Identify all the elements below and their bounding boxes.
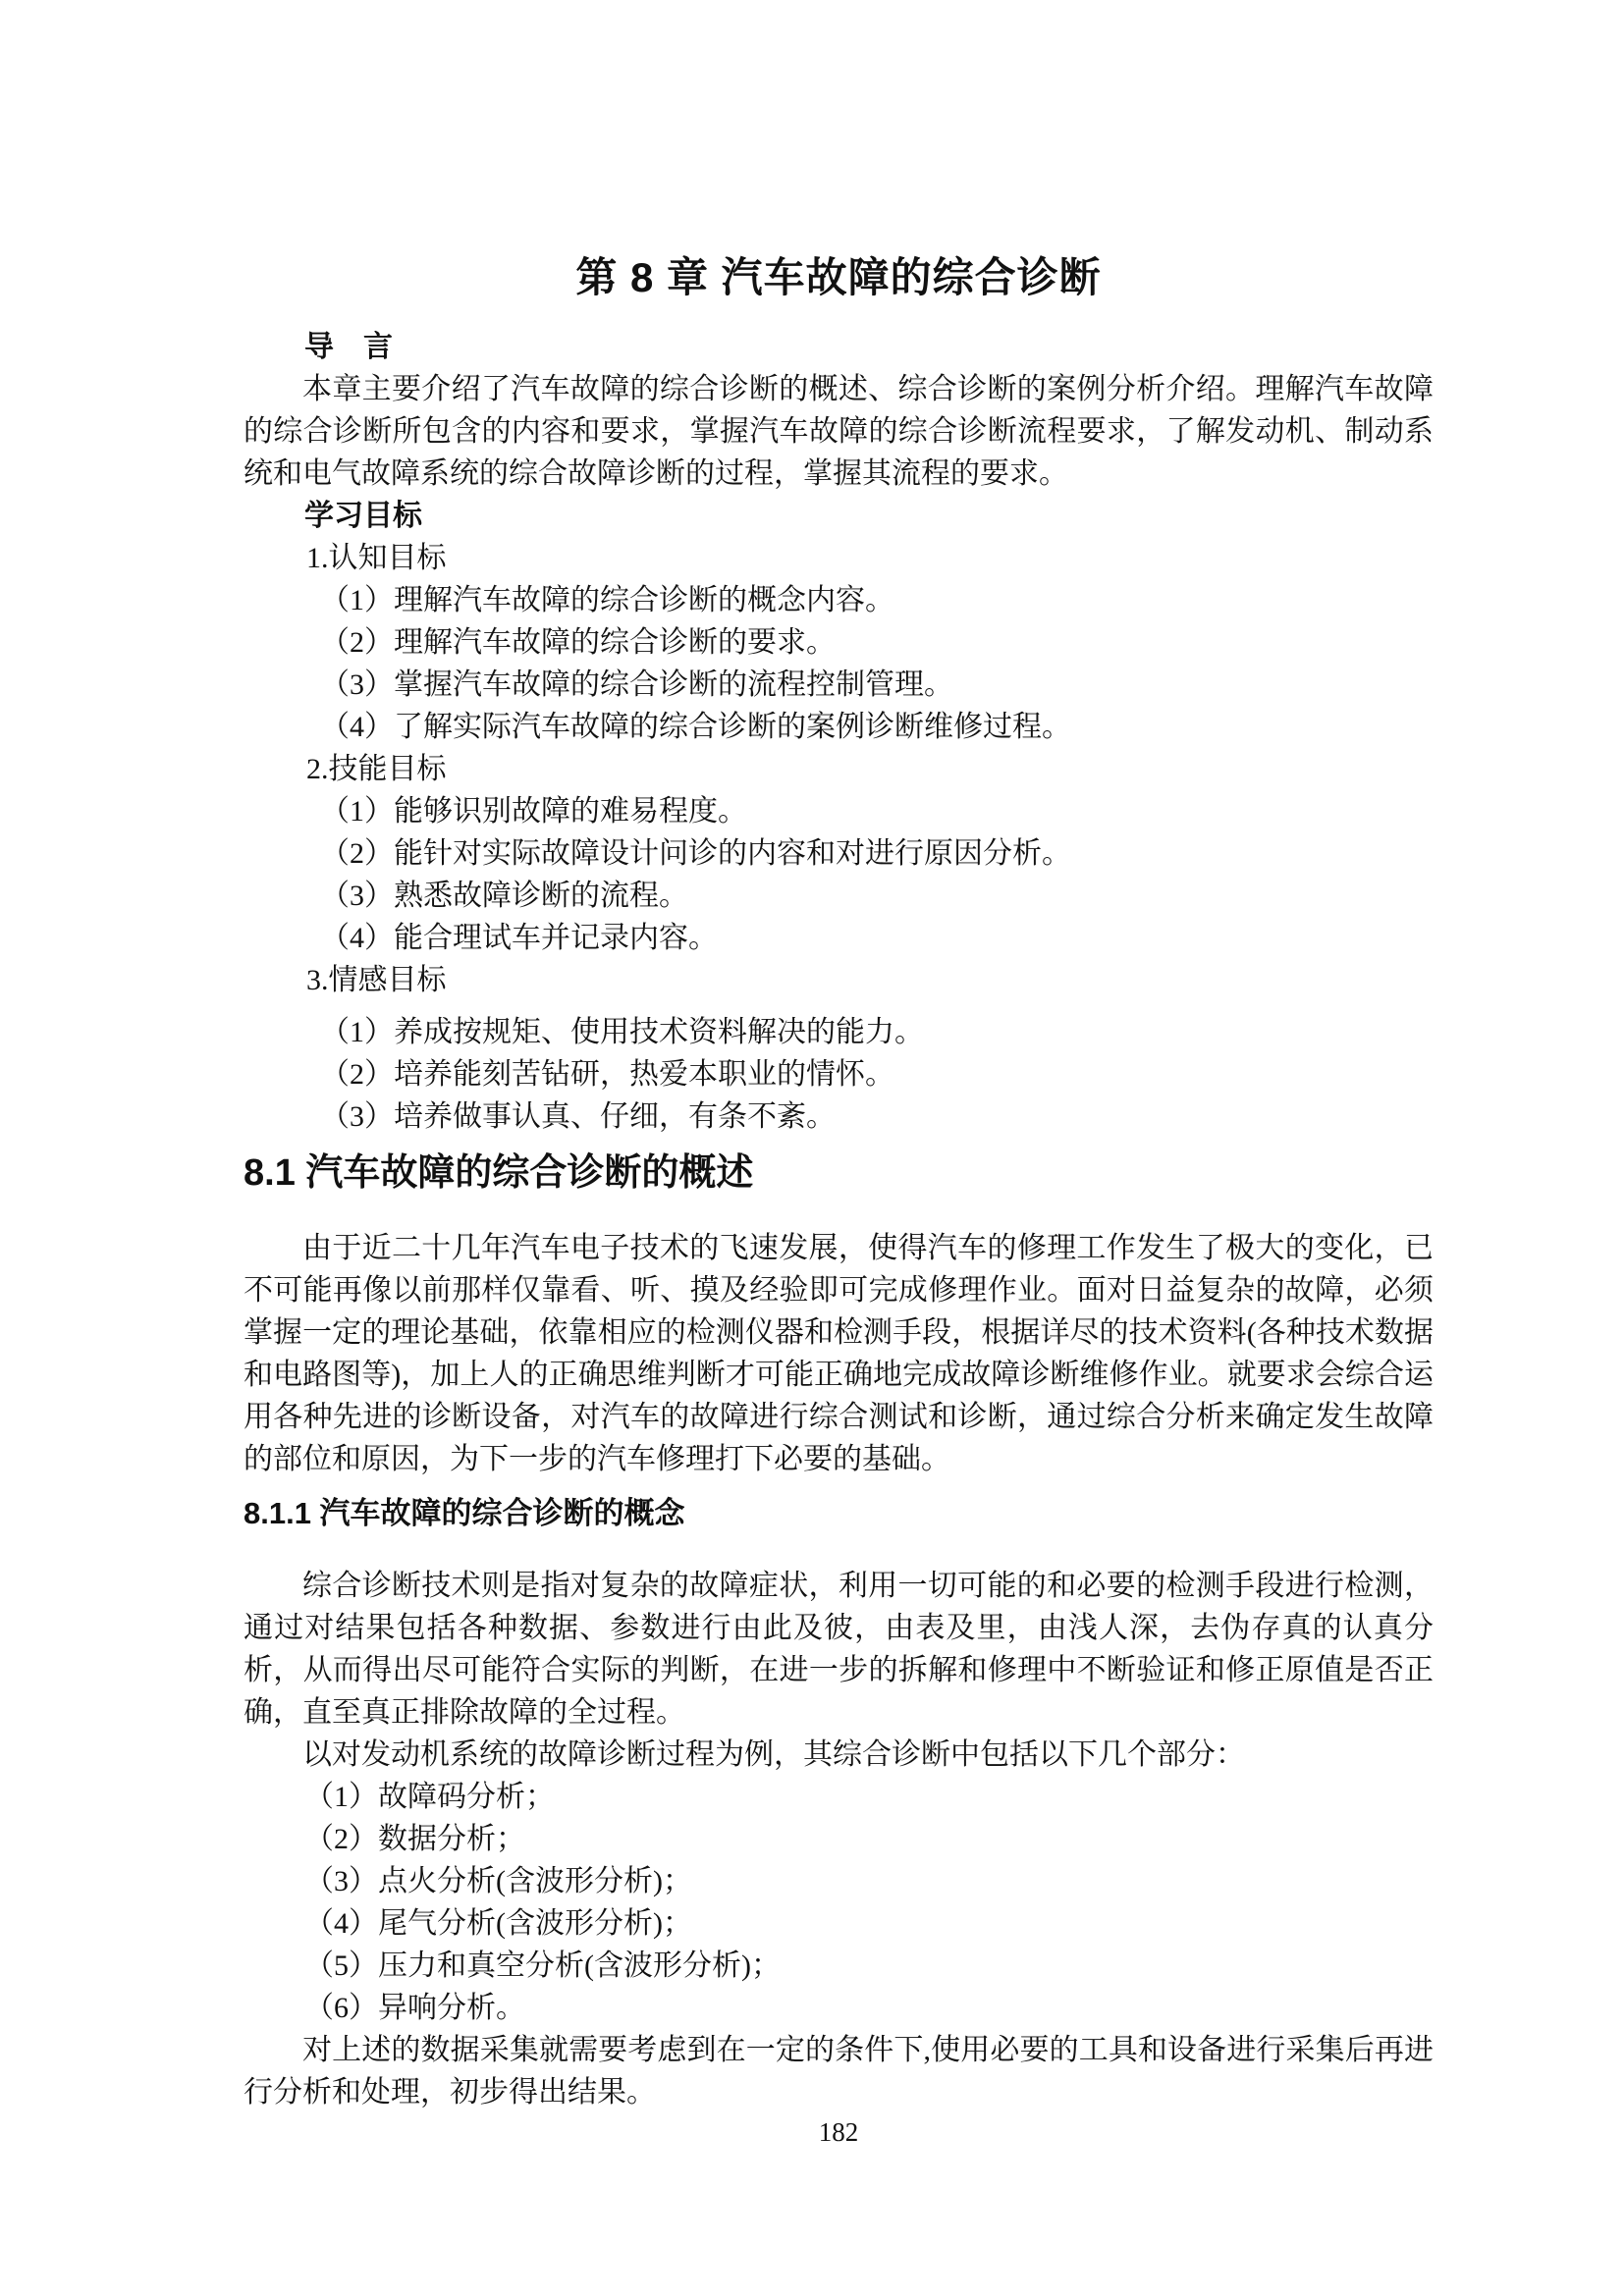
objectives-heading: 学习目标 bbox=[244, 495, 1434, 537]
analysis-item: （5）压力和真空分析(含波形分析)； bbox=[244, 1945, 1434, 1987]
section-8-1-heading: 8.1 汽车故障的综合诊断的概述 bbox=[244, 1150, 1434, 1196]
objective-item: （3）培养做事认真、仔细，有条不紊。 bbox=[244, 1095, 1434, 1138]
objective-item: （2）培养能刻苦钻研，热爱本职业的情怀。 bbox=[244, 1053, 1434, 1095]
analysis-item: （1）故障码分析； bbox=[244, 1776, 1434, 1818]
intro-heading: 导 言 bbox=[244, 326, 1434, 368]
objective-item: （4）了解实际汽车故障的综合诊断的案例诊断维修过程。 bbox=[244, 706, 1434, 748]
engine-example-paragraph: 以对发动机系统的故障诊断过程为例，其综合诊断中包括以下几个部分： bbox=[244, 1734, 1434, 1776]
objective-item: （2）理解汽车故障的综合诊断的要求。 bbox=[244, 621, 1434, 664]
analysis-item: （2）数据分析； bbox=[244, 1818, 1434, 1860]
objective-group-label-cognitive: 1.认知目标 bbox=[244, 537, 1434, 579]
objective-group-label-skill: 2.技能目标 bbox=[244, 748, 1434, 790]
objective-item: （1）能够识别故障的难易程度。 bbox=[244, 790, 1434, 832]
page-number: 182 bbox=[244, 2119, 1434, 2146]
text-column: 第 8 章 汽车故障的综合诊断 导 言 本章主要介绍了汽车故障的综合诊断的概述、… bbox=[244, 0, 1434, 2146]
section-8-1-paragraph: 由于近二十几年汽车电子技术的飞速发展，使得汽车的修理工作发生了极大的变化，已不可… bbox=[244, 1227, 1434, 1480]
analysis-item: （4）尾气分析(含波形分析)； bbox=[244, 1902, 1434, 1945]
objective-item: （1）养成按规矩、使用技术资料解决的能力。 bbox=[244, 1011, 1434, 1053]
intro-paragraph: 本章主要介绍了汽车故障的综合诊断的概述、综合诊断的案例分析介绍。理解汽车故障的综… bbox=[244, 368, 1434, 495]
objective-item: （4）能合理试车并记录内容。 bbox=[244, 917, 1434, 959]
objective-item: （3）熟悉故障诊断的流程。 bbox=[244, 875, 1434, 917]
section-8-1-1-heading: 8.1.1 汽车故障的综合诊断的概念 bbox=[244, 1492, 1434, 1534]
objective-item: （1）理解汽车故障的综合诊断的概念内容。 bbox=[244, 579, 1434, 621]
analysis-item: （6）异响分析。 bbox=[244, 1987, 1434, 2029]
objective-group-label-affective: 3.情感目标 bbox=[244, 959, 1434, 1001]
document-page: 第 8 章 汽车故障的综合诊断 导 言 本章主要介绍了汽车故障的综合诊断的概述、… bbox=[0, 0, 1624, 2296]
chapter-title: 第 8 章 汽车故障的综合诊断 bbox=[244, 253, 1434, 302]
concept-paragraph: 综合诊断技术则是指对复杂的故障症状，利用一切可能的和必要的检测手段进行检测，通过… bbox=[244, 1565, 1434, 1734]
objective-item: （2）能针对实际故障设计问诊的内容和对进行原因分析。 bbox=[244, 832, 1434, 875]
objective-item: （3）掌握汽车故障的综合诊断的流程控制管理。 bbox=[244, 664, 1434, 706]
closing-paragraph: 对上述的数据采集就需要考虑到在一定的条件下,使用必要的工具和设备进行采集后再进行… bbox=[244, 2029, 1434, 2113]
analysis-item: （3）点火分析(含波形分析)； bbox=[244, 1860, 1434, 1902]
